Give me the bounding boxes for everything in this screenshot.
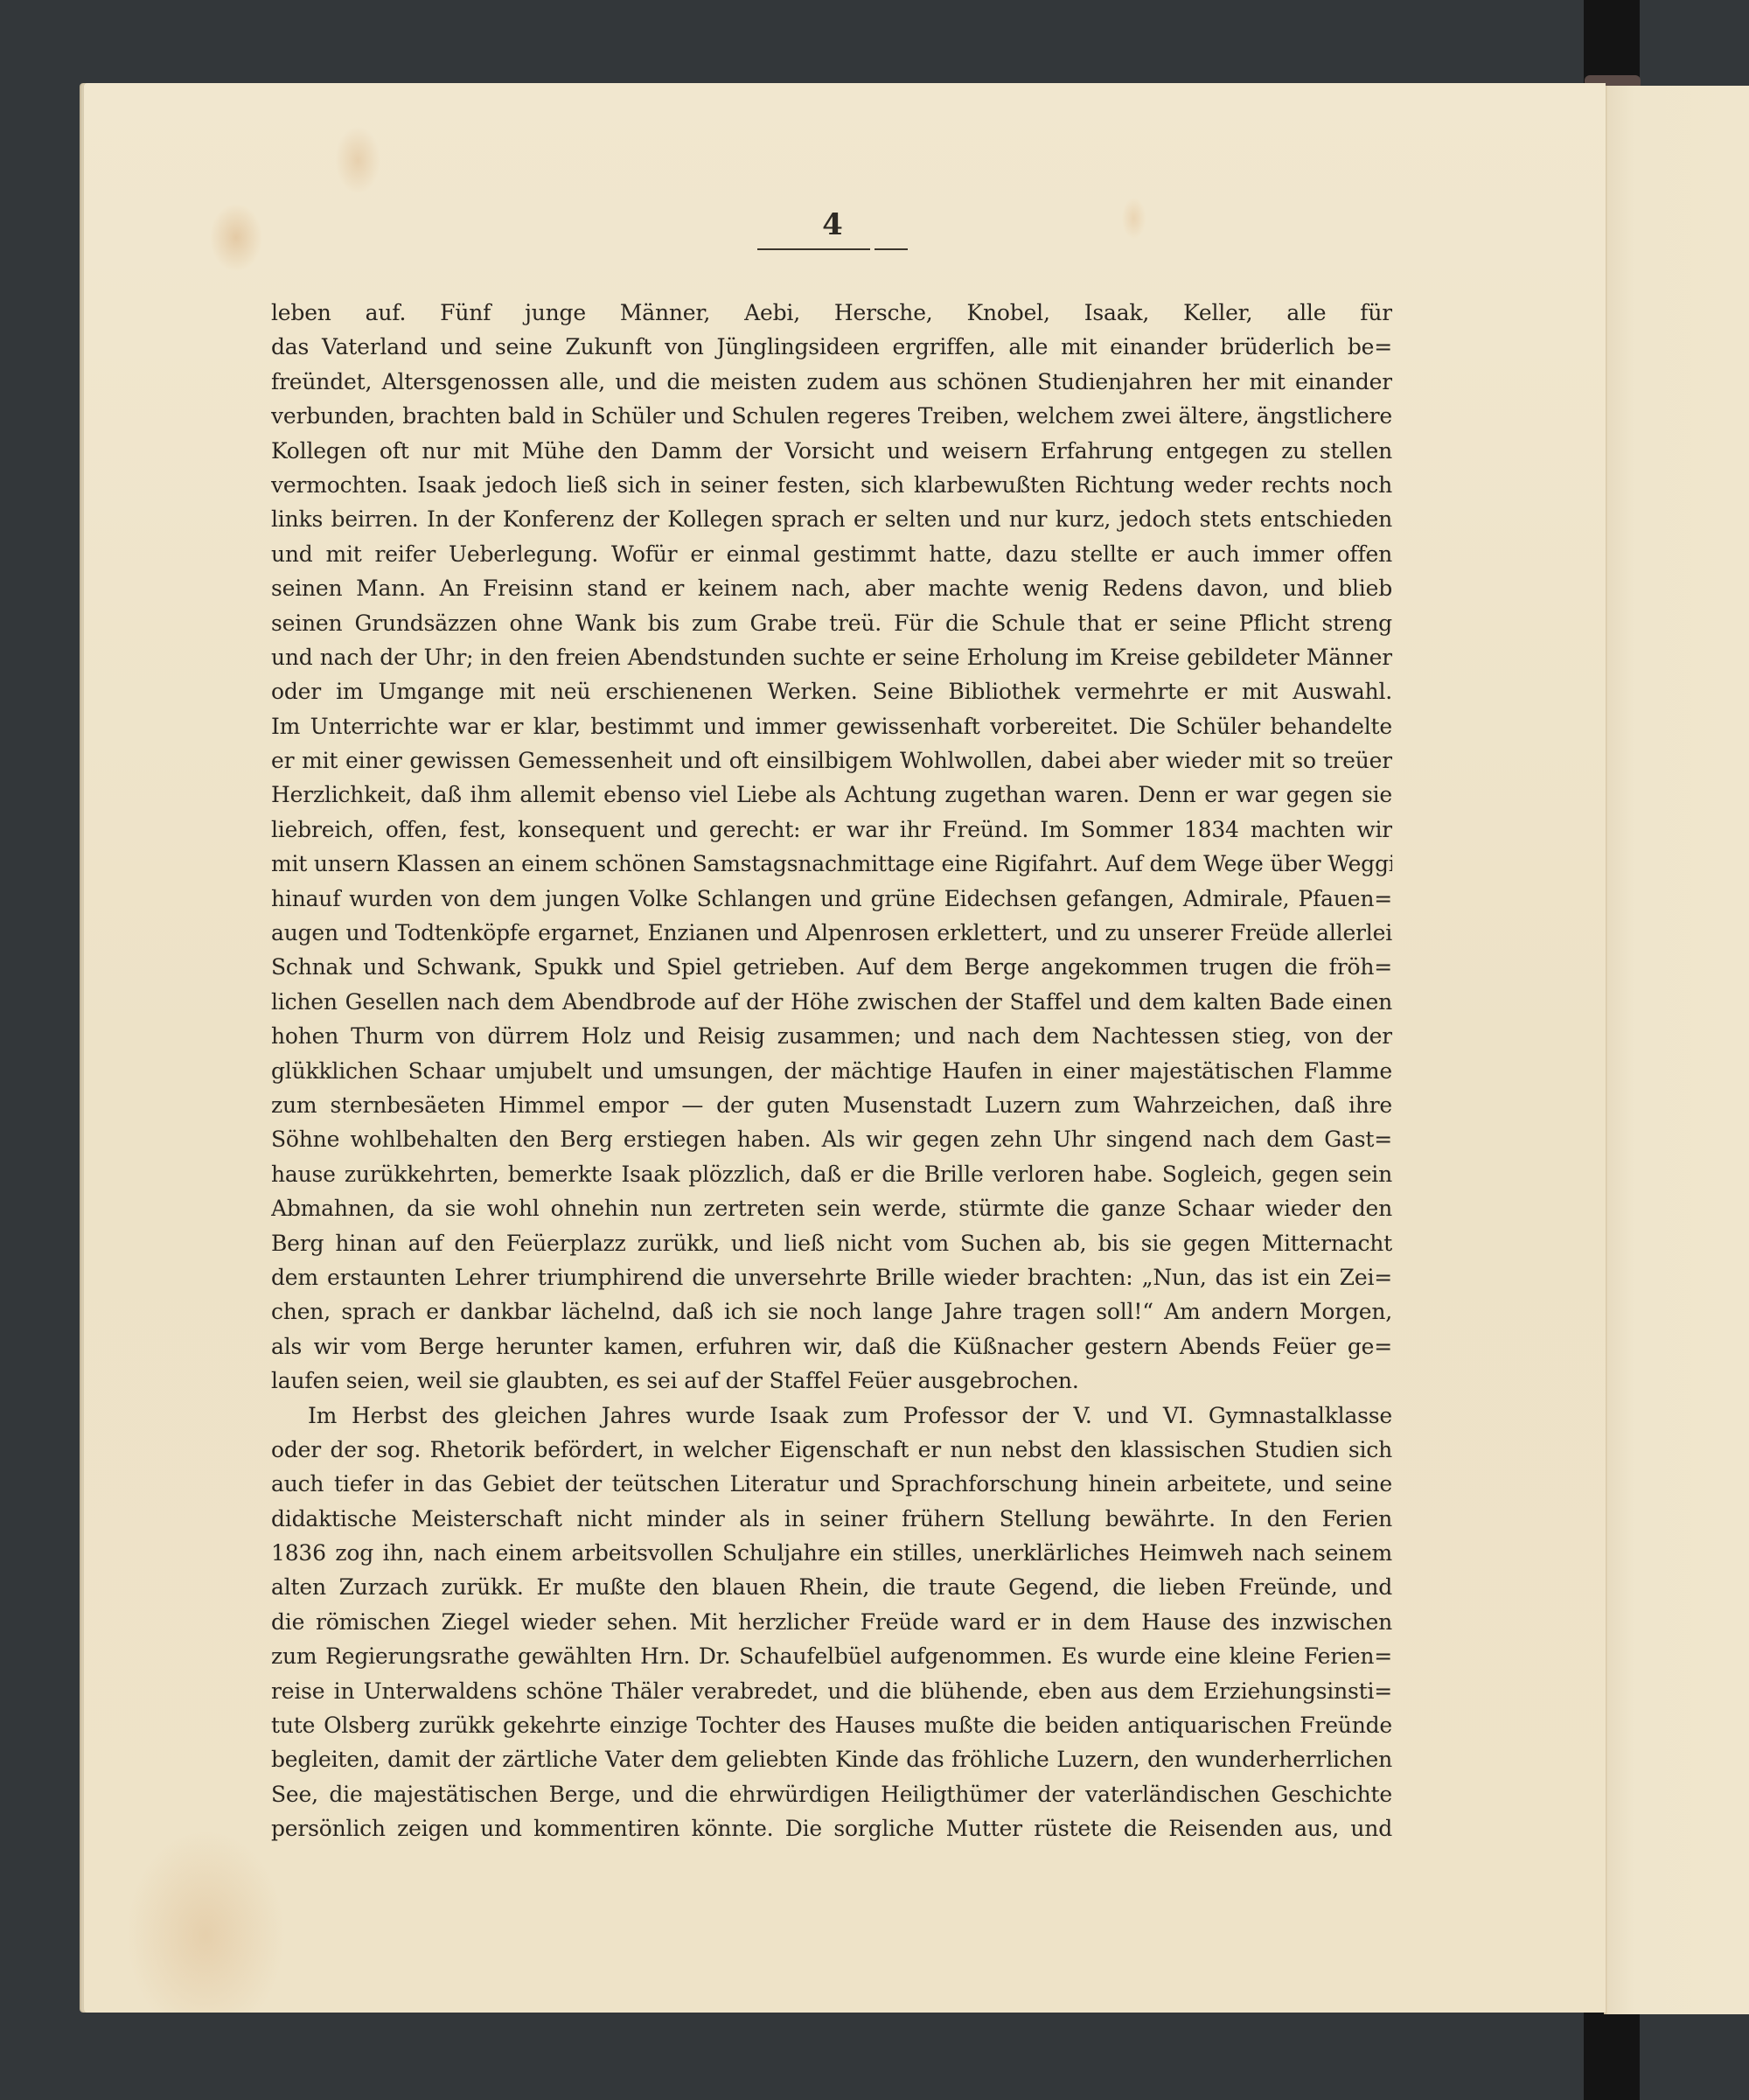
text-line: und mit reifer Ueberlegung. Wofür er ein… bbox=[271, 537, 1392, 571]
text-line: hohen Thurm von dürrem Holz und Reisig z… bbox=[271, 1019, 1392, 1053]
text-line: freündet, Altersgenossen alle, und die m… bbox=[271, 365, 1392, 399]
text-line: hause zurükkehrten, bemerkte Isaak plözz… bbox=[271, 1157, 1392, 1191]
text-line: er mit einer gewissen Gemessenheit und o… bbox=[271, 743, 1392, 778]
text-line: chen, sprach er dankbar lächelnd, daß ic… bbox=[271, 1294, 1392, 1329]
body-text: leben auf. Fünf junge Männer, Aebi, Hers… bbox=[271, 296, 1392, 1846]
text-line: dem erstaunten Lehrer triumphirend die u… bbox=[271, 1260, 1392, 1294]
text-line: die römischen Ziegel wieder sehen. Mit h… bbox=[271, 1605, 1392, 1639]
text-line: seinen Mann. An Freisinn stand er keinem… bbox=[271, 571, 1392, 605]
text-line: tute Olsberg zurükk gekehrte einzige Toc… bbox=[271, 1708, 1392, 1742]
text-line: augen und Todtenköpfe ergarnet, Enzianen… bbox=[271, 916, 1392, 950]
text-line: leben auf. Fünf junge Männer, Aebi, Hers… bbox=[271, 296, 1392, 330]
page-header: 4 bbox=[754, 210, 911, 250]
facing-page-edge bbox=[1606, 86, 1749, 2014]
text-line: oder im Umgange mit neü erschienenen Wer… bbox=[271, 674, 1392, 708]
text-line: laufen seien, weil sie glaubten, es sei … bbox=[271, 1364, 1392, 1398]
text-line: didaktische Meisterschaft nicht minder a… bbox=[271, 1502, 1392, 1536]
text-line: Im Unterrichte war er klar, bestimmt und… bbox=[271, 709, 1392, 743]
text-line: als wir vom Berge herunter kamen, erfuhr… bbox=[271, 1329, 1392, 1364]
text-line: 1836 zog ihn, nach einem arbeitsvollen S… bbox=[271, 1536, 1392, 1570]
text-line: alten Zurzach zurükk. Er mußte den blaue… bbox=[271, 1570, 1392, 1604]
text-line: Schnak und Schwank, Spukk und Spiel getr… bbox=[271, 950, 1392, 984]
text-line: und nach der Uhr; in den freien Abendstu… bbox=[271, 640, 1392, 674]
text-line: hinauf wurden von dem jungen Volke Schla… bbox=[271, 882, 1392, 916]
page-number: 4 bbox=[754, 210, 911, 240]
text-line: Im Herbst des gleichen Jahres wurde Isaa… bbox=[271, 1399, 1392, 1433]
text-line: das Vaterland und seine Zukunft von Jüng… bbox=[271, 330, 1392, 364]
text-line: reise in Unterwaldens schöne Thäler vera… bbox=[271, 1674, 1392, 1708]
text-line: Berg hinan auf den Feüerplazz zurükk, un… bbox=[271, 1226, 1392, 1260]
text-line: auch tiefer in das Gebiet der teütschen … bbox=[271, 1467, 1392, 1501]
text-line: verbunden, brachten bald in Schüler und … bbox=[271, 399, 1392, 433]
text-line: glükklichen Schaar umjubelt und umsungen… bbox=[271, 1054, 1392, 1088]
text-line: Herzlichkeit, daß ihm allemit ebenso vie… bbox=[271, 778, 1392, 812]
text-line: See, die majestätischen Berge, und die e… bbox=[271, 1777, 1392, 1811]
text-line: Kollegen oft nur mit Mühe den Damm der V… bbox=[271, 434, 1392, 468]
text-line: lichen Gesellen nach dem Abendbrode auf … bbox=[271, 985, 1392, 1019]
text-line: Abmahnen, da sie wohl ohnehin nun zertre… bbox=[271, 1191, 1392, 1225]
text-line: liebreich, offen, fest, konsequent und g… bbox=[271, 813, 1392, 847]
text-line: vermochten. Isaak jedoch ließ sich in se… bbox=[271, 468, 1392, 502]
text-line: persönlich zeigen und kommentiren könnte… bbox=[271, 1811, 1392, 1845]
header-rule bbox=[757, 248, 908, 250]
text-line: oder der sog. Rhetorik befördert, in wel… bbox=[271, 1433, 1392, 1467]
text-line: zum Regierungsrathe gewählten Hrn. Dr. S… bbox=[271, 1639, 1392, 1673]
text-line: mit unsern Klassen an einem schönen Sams… bbox=[271, 847, 1392, 881]
text-line: begleiten, damit der zärtliche Vater dem… bbox=[271, 1742, 1392, 1776]
text-line: Söhne wohlbehalten den Berg erstiegen ha… bbox=[271, 1122, 1392, 1156]
text-line: links beirren. In der Konferenz der Koll… bbox=[271, 502, 1392, 536]
text-line: zum sternbesäeten Himmel empor — der gut… bbox=[271, 1088, 1392, 1122]
text-line: seinen Grundsäzzen ohne Wank bis zum Gra… bbox=[271, 606, 1392, 640]
